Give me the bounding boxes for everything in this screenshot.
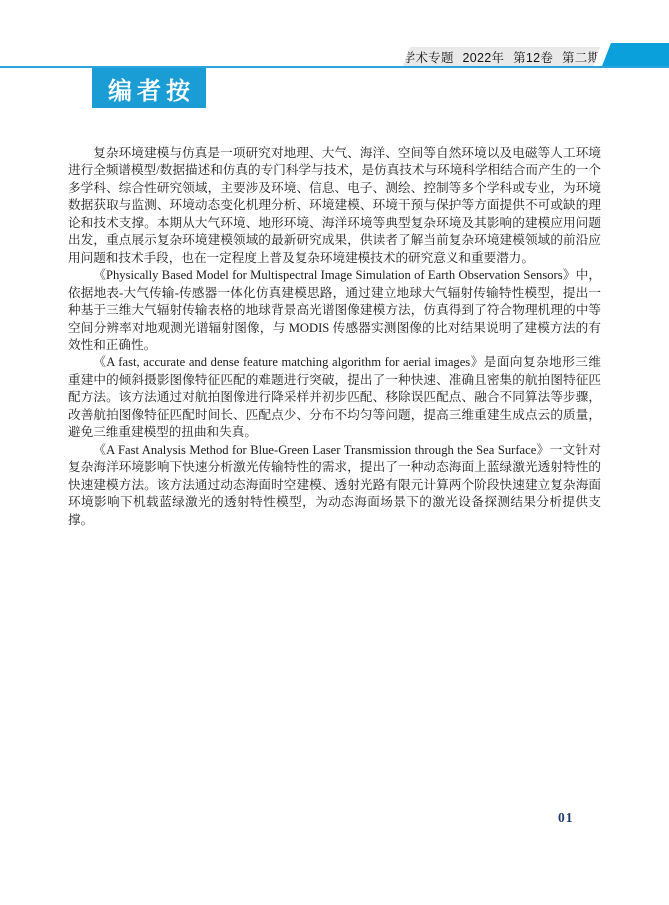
journal-issue-tab: 学术专题 2022年 第12卷 第二期: [403, 47, 600, 66]
editorial-paragraph-feature-matching: 《A fast, accurate and dense feature matc…: [68, 354, 601, 441]
editors-note-badge: 编者按: [92, 68, 206, 108]
page-number: 01: [558, 810, 574, 826]
editorial-body: 复杂环境建模与仿真是一项研究对地理、大气、海洋、空间等自然环境以及电磁等人工环境…: [68, 145, 601, 529]
editorial-paragraph-multispectral: 《Physically Based Model for Multispectra…: [68, 267, 601, 354]
journal-page: 学术专题 2022年 第12卷 第二期 编者按 复杂环境建模与仿真是一项研究对地…: [0, 0, 669, 905]
journal-issue-text: 学术专题 2022年 第12卷 第二期: [403, 48, 601, 66]
editors-note-badge-label: 编者按: [108, 71, 195, 106]
editorial-paragraph-laser: 《A Fast Analysis Method for Blue-Green L…: [68, 442, 601, 529]
header-corner-accent: [602, 43, 669, 66]
editorial-paragraph-intro: 复杂环境建模与仿真是一项研究对地理、大气、海洋、空间等自然环境以及电磁等人工环境…: [68, 145, 601, 267]
